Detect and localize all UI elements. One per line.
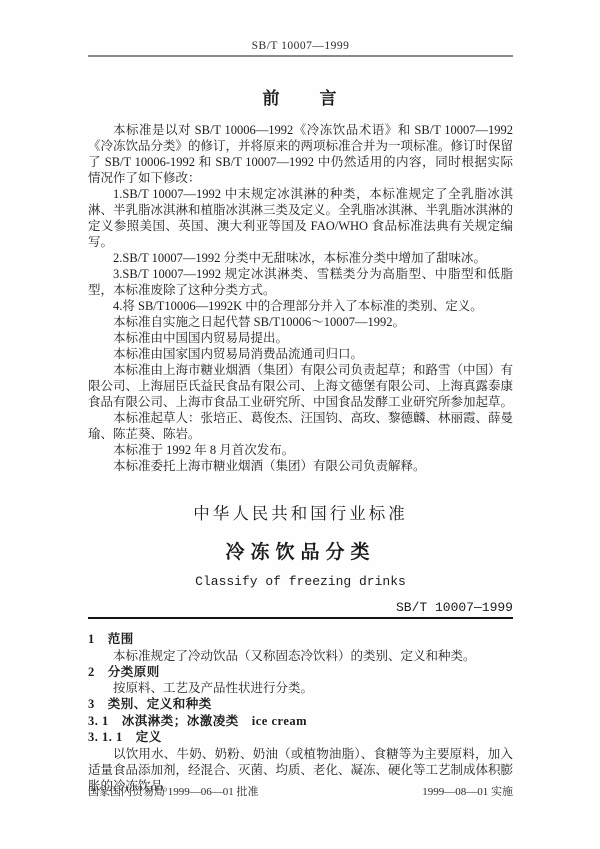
foreword-paragraph-change-4: 4.将 SB/T10006—1992K 中的合理部分并入了本标准的类别、定义。 bbox=[88, 298, 513, 314]
page-footer: 国家国内贸易局 1999—06—01 批准 1999—08—01 实施 bbox=[88, 783, 513, 799]
standard-category-label: 中华人民共和国行业标准 bbox=[88, 500, 513, 524]
page-content: SB/T 10007—1999 前 言 本标准是以对 SB/T 10006—19… bbox=[0, 0, 600, 794]
footer-implementation-text: 1999—08—01 实施 bbox=[422, 783, 513, 799]
foreword-paragraph-interpret: 本标准委托上海市糖业烟酒（集团）有限公司负责解释。 bbox=[88, 458, 513, 474]
standard-title-block: 中华人民共和国行业标准 冷冻饮品分类 Classify of freezing … bbox=[88, 500, 513, 619]
clause-heading-scope: 1 范围 bbox=[88, 631, 513, 648]
header-standard-number: SB/T 10007—1999 bbox=[88, 40, 513, 52]
document-page: SB/T 10007—1999 前 言 本标准是以对 SB/T 10006—19… bbox=[0, 0, 600, 849]
clause-heading-ice-cream: 3. 1 冰淇淋类；冰激凌类 ice cream bbox=[88, 713, 513, 730]
foreword-section: 本标准是以对 SB/T 10006—1992《冷冻饮品术语》和 SB/T 100… bbox=[88, 122, 513, 474]
clause-body-scope: 本标准规定了冷动饮品（又称固态冷饮料）的类别、定义和种类。 bbox=[88, 648, 513, 664]
clause-body-principle: 按原料、工艺及产品性状进行分类。 bbox=[88, 680, 513, 696]
footer-approval-text: 国家国内贸易局 1999—06—01 批准 bbox=[88, 783, 259, 799]
clause-heading-categories: 3 类别、定义和种类 bbox=[88, 696, 513, 713]
standard-title-english: Classify of freezing drinks bbox=[88, 574, 513, 589]
foreword-paragraph-replaces: 本标准自实施之日起代替 SB/T10006～10007—1992。 bbox=[88, 314, 513, 330]
foreword-paragraph-proposed: 本标准由中国国内贸易局提出。 bbox=[88, 330, 513, 346]
foreword-paragraph-managed: 本标准由国家国内贸易局消费品流通司归口。 bbox=[88, 346, 513, 362]
foreword-paragraph-change-3: 3.SB/T 10007—1992 规定冰淇淋类、雪糕类分为高脂型、中脂型和低脂… bbox=[88, 266, 513, 298]
standard-title-chinese: 冷冻饮品分类 bbox=[88, 537, 513, 564]
page-header: SB/T 10007—1999 bbox=[88, 40, 513, 57]
foreword-paragraph-change-2: 2.SB/T 10007—1992 分类中无甜味冰，本标准分类中增加了甜味冰。 bbox=[88, 250, 513, 266]
clause-heading-definition: 3. 1. 1 定义 bbox=[88, 729, 513, 746]
foreword-paragraph-drafters: 本标准由上海市糖业烟酒（集团）有限公司负责起草；和路雪（中国）有限公司、上海屈臣… bbox=[88, 362, 513, 410]
clause-heading-principle: 2 分类原则 bbox=[88, 664, 513, 681]
foreword-paragraph-authors: 本标准起草人：张培正、葛俊杰、汪国钧、高玫、黎德麟、林丽霞、薛曼瑜、陈芷葵、陈岩… bbox=[88, 410, 513, 442]
foreword-paragraph-intro: 本标准是以对 SB/T 10006—1992《冷冻饮品术语》和 SB/T 100… bbox=[88, 122, 513, 186]
title-block-rule bbox=[88, 617, 513, 619]
foreword-paragraph-change-1: 1.SB/T 10007—1992 中末规定冰淇淋的种类，本标准规定了全乳脂冰淇… bbox=[88, 186, 513, 250]
foreword-paragraph-first-pub: 本标准于 1992 年 8 月首次发布。 bbox=[88, 442, 513, 458]
header-rule bbox=[88, 55, 513, 57]
standard-number-mid: SB/T 10007—1999 bbox=[88, 600, 513, 615]
foreword-title: 前 言 bbox=[88, 84, 513, 109]
clauses-section: 1 范围 本标准规定了冷动饮品（又称固态冷饮料）的类别、定义和种类。 2 分类原… bbox=[88, 631, 513, 794]
